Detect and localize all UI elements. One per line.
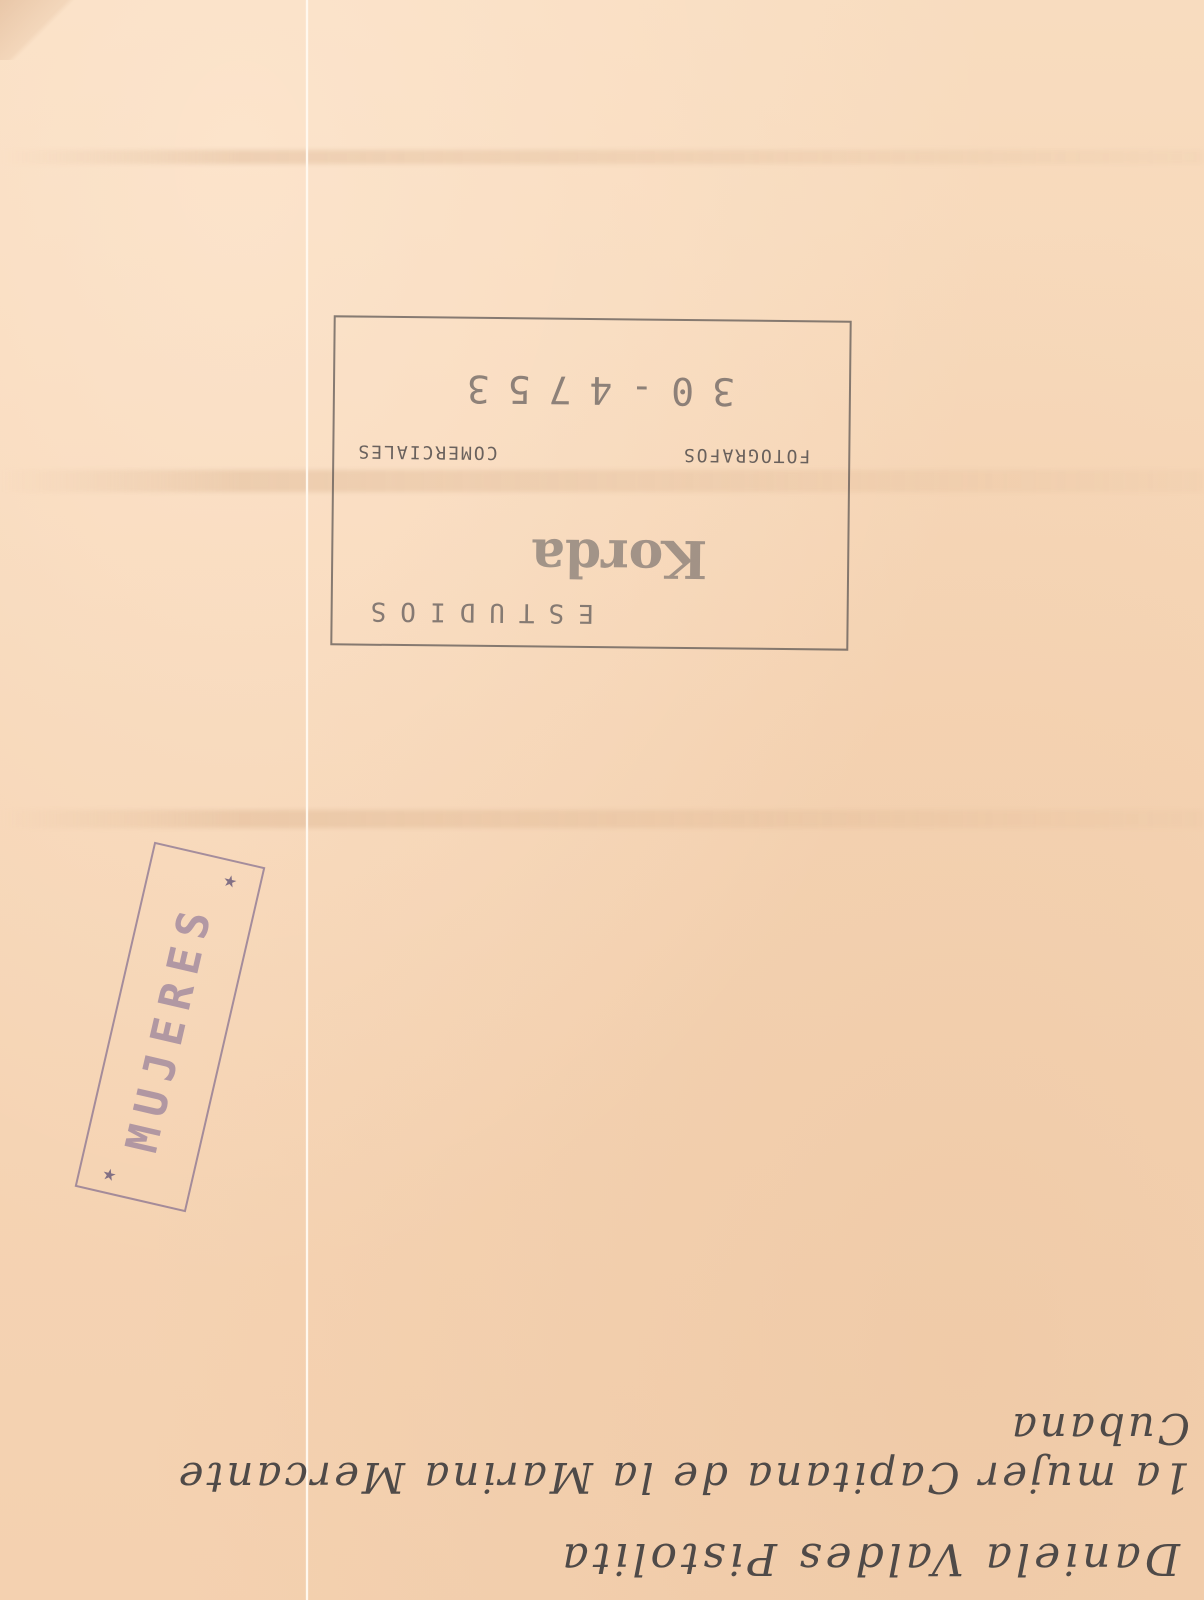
caption-line-description: 1a mujer Capitana de la Marina Mercante …: [20, 1404, 1190, 1502]
star-icon: ★: [100, 1164, 118, 1186]
bleed-streak: [0, 150, 1204, 164]
archive-stamp-text: MUJERES: [116, 897, 223, 1157]
stamp-line-estudios: ESTUDIOS: [330, 595, 848, 630]
stamp-line-korda: Korda: [489, 526, 750, 590]
photo-back-paper: ESTUDIOS Korda FOTOGRAFOS COMERCIALES 30…: [0, 0, 1204, 1600]
handwritten-caption: Daniela Valdes Pistolita 1a mujer Capita…: [20, 1398, 1200, 1598]
stamp-phone-number: 30-4753: [333, 365, 851, 414]
stamp-word-fotografos: FOTOGRAFOS: [682, 444, 811, 466]
caption-line-name: Daniela Valdes Pistolita: [558, 1533, 1180, 1584]
bleed-streak: [0, 810, 1204, 828]
stamp-word-comerciales: COMERCIALES: [356, 441, 497, 463]
folded-corner: [0, 0, 90, 60]
korda-studio-stamp: ESTUDIOS Korda FOTOGRAFOS COMERCIALES 30…: [330, 315, 851, 650]
paper-crease-line: [306, 0, 308, 1600]
mujeres-archive-stamp: ★ MUJERES ★: [75, 842, 266, 1213]
star-icon: ★: [221, 870, 239, 892]
